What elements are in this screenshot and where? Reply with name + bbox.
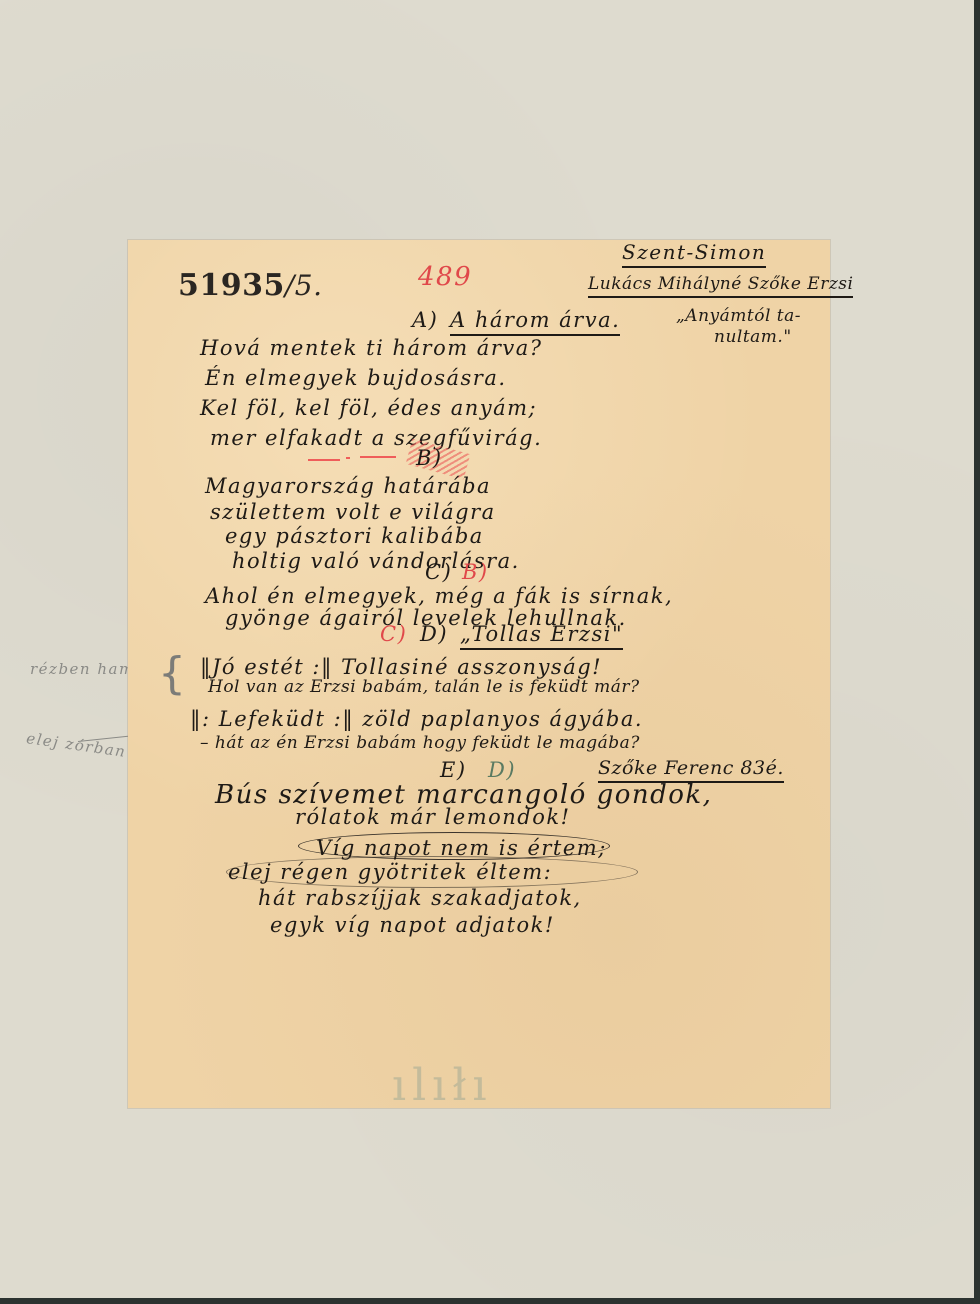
pencil-brace: { — [158, 648, 186, 699]
catalog-number: 51935/5. — [178, 268, 323, 303]
section-b-line-1: Magyarország határába — [205, 474, 491, 498]
section-b-line-3: egy pásztori kalibába — [225, 524, 484, 548]
red-page-number: 489 — [418, 262, 472, 292]
section-a-line-3: Kel föl, kel föl, édes anyám; — [200, 396, 537, 420]
section-b-label: B) — [416, 446, 443, 470]
section-d-line-4: – hát az én Erzsi babám hogy feküdt le m… — [200, 733, 640, 753]
catalog-suffix: /5. — [285, 269, 323, 302]
section-d-line-2: Hol van az Erzsi babám, talán le is fekü… — [208, 677, 640, 697]
section-e-line-6: egyk víg napot adjatok! — [270, 913, 555, 937]
source-note-line-1: „Anyámtól ta- — [676, 306, 801, 326]
section-d-label: D) — [420, 622, 448, 646]
red-divider-1 — [308, 459, 340, 461]
section-e-line-4: elej régen gyötritek éltem: — [228, 860, 552, 884]
section-e-red-label: D) — [488, 758, 516, 782]
section-d-line-1: ‖Jó estét :‖ Tollasiné asszonyság! — [200, 655, 602, 679]
section-d-title: „Tollas Erzsi" — [460, 622, 623, 650]
section-d-red-label: C) — [380, 622, 407, 646]
section-e-line-5: hát rabszíjjak szakadjatok, — [258, 886, 582, 910]
scan-edge-right — [974, 0, 980, 1304]
section-c-red-label: B) — [462, 560, 489, 584]
section-a-line-2: Én elmegyek bujdosásra. — [205, 366, 507, 390]
red-divider-2 — [360, 456, 396, 458]
section-c-line-1: Ahol én elmegyek, még a fák is sírnak, — [205, 584, 673, 608]
section-a-label: A) — [412, 308, 438, 332]
place-name: Szent-Simon — [622, 240, 766, 268]
red-divider-dot — [346, 457, 350, 459]
section-c-label: C) — [425, 560, 452, 584]
section-a-title: A három árva. — [450, 308, 620, 336]
scan-edge-bottom — [0, 1298, 980, 1304]
section-d-line-3: ‖: Lefeküdt :‖ zöld paplanyos ágyába. — [190, 707, 643, 731]
catalog-number-value: 51935 — [178, 268, 285, 303]
source-note-line-2: nultam." — [714, 327, 792, 347]
section-e-line-2: rólatok már lemondok! — [295, 805, 571, 829]
section-e-label: E) — [440, 758, 467, 782]
informant-name: Lukács Mihályné Szőke Erzsi — [588, 274, 853, 298]
section-a-line-4: mer elfakadt a szegfűvirág. — [210, 426, 542, 450]
section-a-line-1: Hová mentek ti három árva? — [200, 336, 543, 360]
section-b-line-2: születtem volt e világra — [210, 500, 496, 524]
show-through-mark: ılıłı — [392, 1060, 493, 1111]
